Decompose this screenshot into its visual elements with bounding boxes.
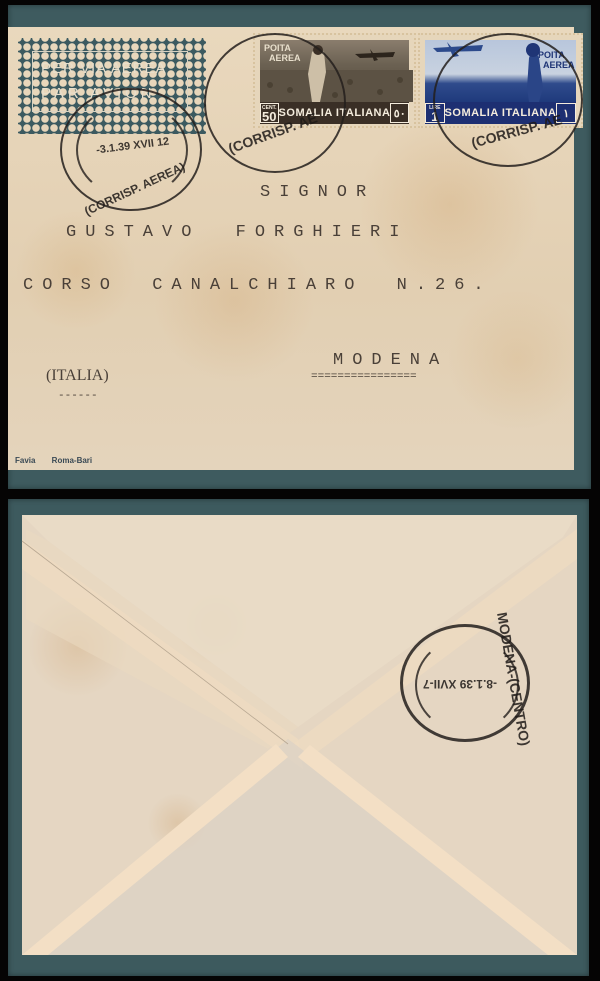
airmail-label-line1: PER VIA AEREA: [41, 60, 167, 77]
address-country: (ITALIA): [46, 367, 109, 385]
postmark-corrisp-ae-right: [433, 33, 583, 167]
address-salutation: SIGNOR: [260, 183, 375, 202]
stamp-arabic-value: ٥٠: [390, 103, 409, 123]
address-country-underline: ------: [58, 390, 98, 402]
envelope-flaps: [8, 499, 589, 976]
envelope-back: -8.1.39 XVII-7 MODENA-(CENTRO): [8, 499, 589, 976]
postmark-corrisp-ae-center: [204, 33, 346, 173]
address-city: MODENA: [333, 351, 448, 370]
printer-imprint: Favia Roma-Bari: [15, 456, 92, 465]
address-street: CORSO CANALCHIARO N.26.: [23, 276, 493, 295]
address-city-underline: ================: [311, 371, 417, 383]
envelope-front: PER VIA AEREA PAR AVION POITA AEREA CENT…: [8, 5, 591, 489]
postmark-date: -8.1.39 XVII-7: [423, 677, 497, 691]
address-name: GUSTAVO FORGHIERI: [66, 223, 408, 242]
